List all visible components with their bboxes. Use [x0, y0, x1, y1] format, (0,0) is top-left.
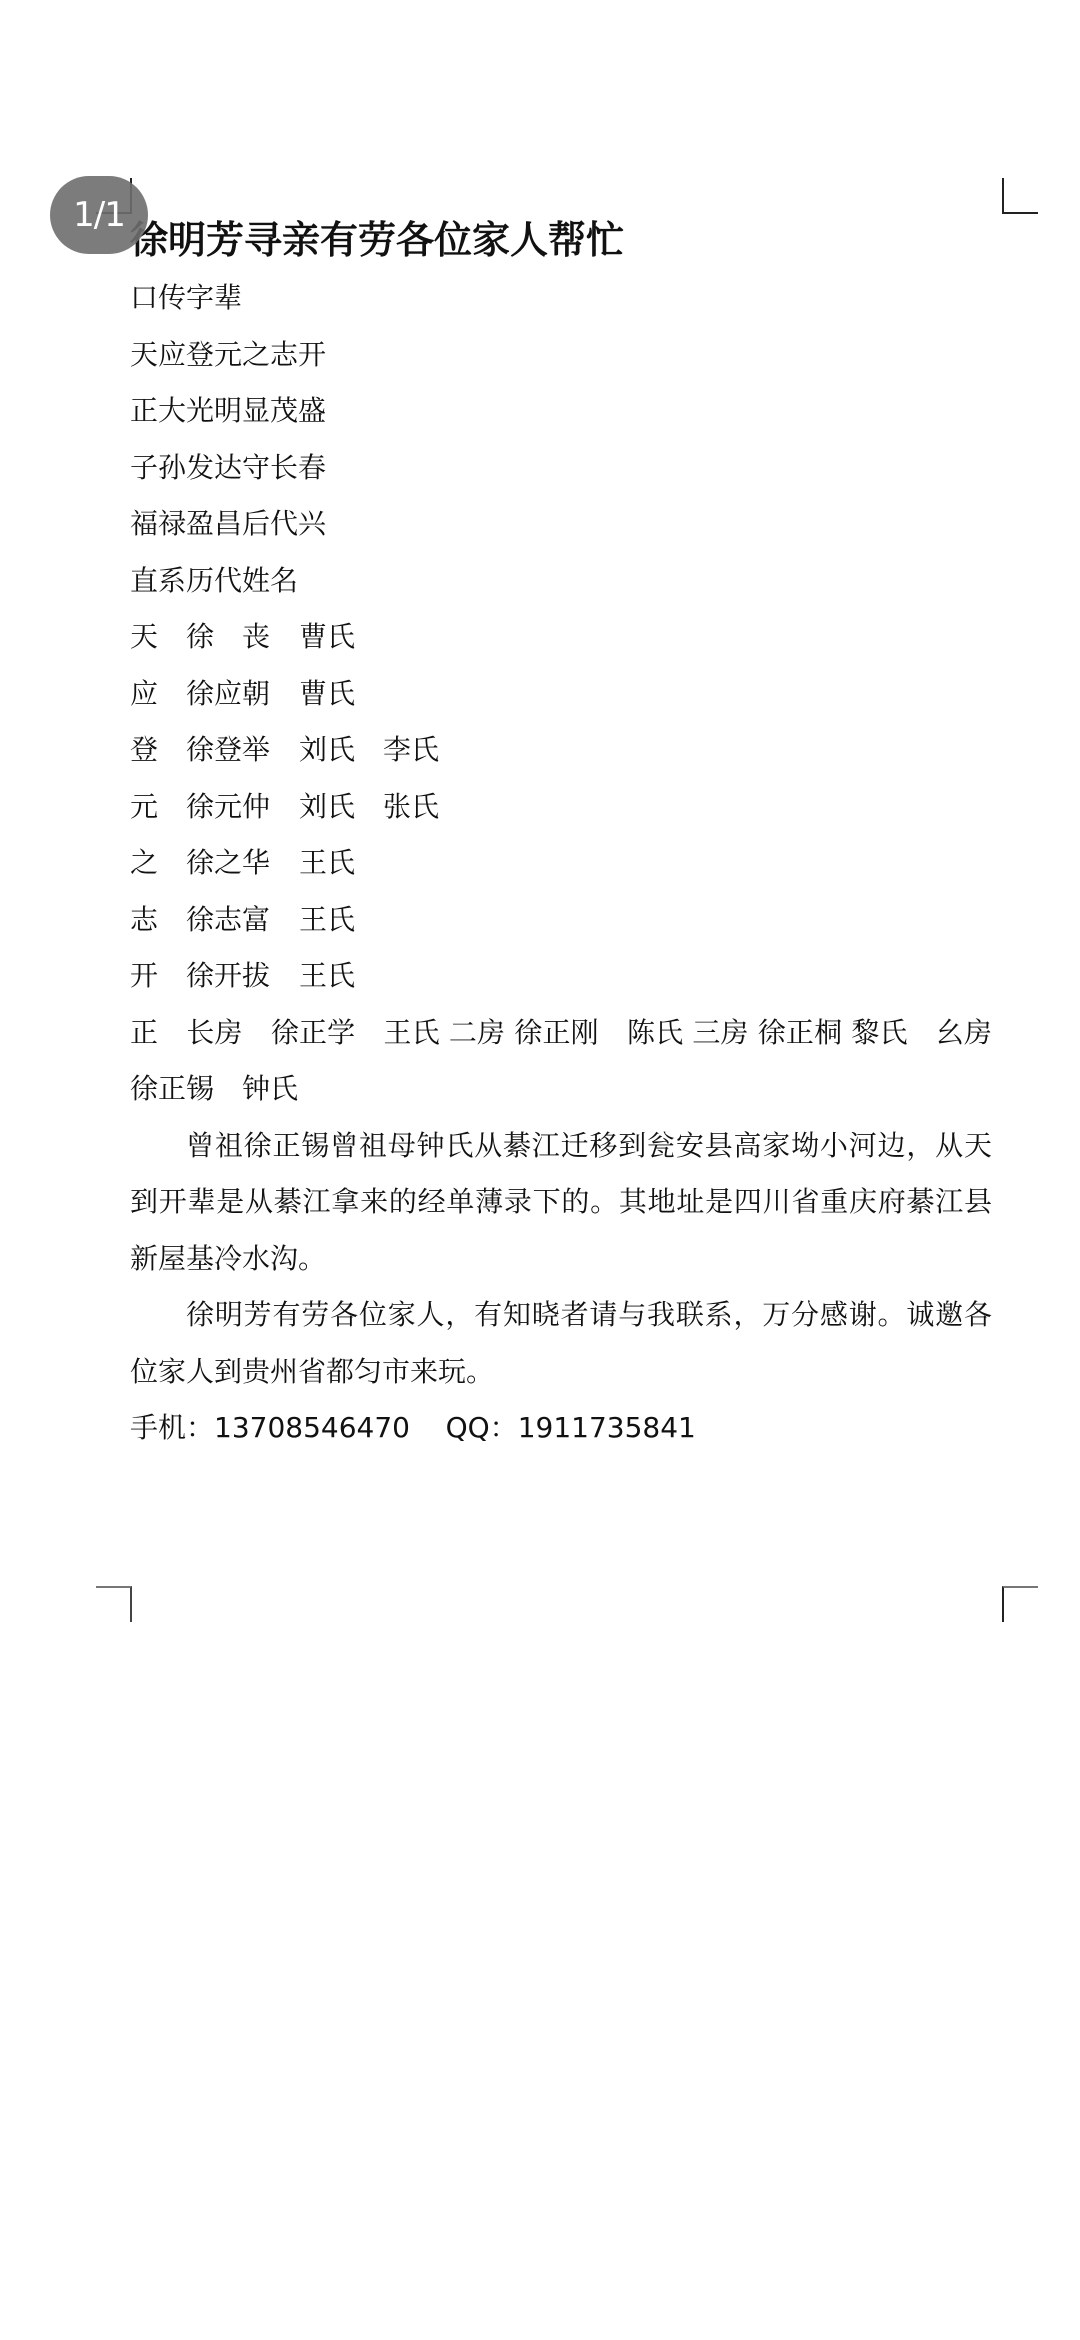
- ancestor-name: 徐元仲: [186, 779, 299, 836]
- spouse: 曹氏: [299, 609, 383, 666]
- lineage-row: 登 徐登举 刘氏 李氏: [130, 722, 992, 779]
- migration-paragraph: 曾祖徐正锡曾祖母钟氏从綦江迁移到瓮安县高家坳小河边，从天到开辈是从綦江拿来的经单…: [130, 1118, 992, 1288]
- lineage-row: 元 徐元仲 刘氏 张氏: [130, 779, 992, 836]
- spouse: 李氏: [383, 722, 467, 779]
- ancestor-name: 徐志富: [186, 892, 299, 949]
- appeal-paragraph: 徐明芳有劳各位家人，有知晓者请与我联系，万分感谢。诚邀各位家人到贵州省都匀市来玩…: [130, 1287, 992, 1400]
- phone-number: 13708546470: [214, 1411, 410, 1444]
- spouse: 王氏: [299, 948, 383, 1005]
- margin-corner-bottom-left: [96, 1586, 132, 1622]
- ancestor-name: 徐登举: [186, 722, 299, 779]
- lineage-row: 之 徐之华 王氏: [130, 835, 992, 892]
- generation-char: 志: [130, 892, 186, 949]
- poem-line: 天应登元之志开: [130, 327, 992, 384]
- margin-corner-top-right: [1002, 178, 1038, 214]
- spouse: 刘氏: [299, 779, 383, 836]
- poem-line: 正大光明显茂盛: [130, 383, 992, 440]
- generation-char: 应: [130, 666, 186, 723]
- lineage-row: 天 徐 丧 曹氏: [130, 609, 992, 666]
- document-title: 徐明芳寻亲有劳各位家人帮忙: [130, 210, 992, 270]
- qq-label: QQ：: [446, 1411, 518, 1444]
- generation-poem-heading: 口传字辈: [130, 270, 992, 327]
- page-indicator: 1/1: [50, 176, 148, 254]
- zheng-generation-entry: 正 长房 徐正学 王氏 二房 徐正刚 陈氏 三房 徐正桐 黎氏 幺房 徐正锡 钟…: [130, 1005, 992, 1118]
- spouse: 刘氏: [299, 722, 383, 779]
- spouse: 王氏: [299, 892, 383, 949]
- ancestor-name: 徐之华: [186, 835, 299, 892]
- generation-char: 天: [130, 609, 186, 666]
- generation-char: 元: [130, 779, 186, 836]
- document-content: 徐明芳寻亲有劳各位家人帮忙 口传字辈 天应登元之志开 正大光明显茂盛 子孙发达守…: [130, 210, 992, 1457]
- poem-line: 子孙发达守长春: [130, 440, 992, 497]
- contact-line: 手机：13708546470 QQ：1911735841: [130, 1400, 992, 1457]
- spouse: 曹氏: [299, 666, 383, 723]
- generation-char: 登: [130, 722, 186, 779]
- phone-label: 手机：: [130, 1411, 214, 1444]
- document-page: 1/1 徐明芳寻亲有劳各位家人帮忙 口传字辈 天应登元之志开 正大光明显茂盛 子…: [0, 0, 1080, 2340]
- qq-number: 1911735841: [518, 1411, 696, 1444]
- ancestor-name: 徐开拔: [186, 948, 299, 1005]
- generation-char: 之: [130, 835, 186, 892]
- ancestor-name: 徐 丧: [186, 609, 299, 666]
- lineage-row: 应 徐应朝 曹氏: [130, 666, 992, 723]
- lineage-row: 志 徐志富 王氏: [130, 892, 992, 949]
- lineage-heading: 直系历代姓名: [130, 553, 992, 610]
- generation-char: 开: [130, 948, 186, 1005]
- margin-corner-bottom-right: [1002, 1586, 1038, 1622]
- lineage-row: 开 徐开拔 王氏: [130, 948, 992, 1005]
- spouse: 张氏: [383, 779, 467, 836]
- ancestor-name: 徐应朝: [186, 666, 299, 723]
- spouse: 王氏: [299, 835, 383, 892]
- poem-line: 福禄盈昌后代兴: [130, 496, 992, 553]
